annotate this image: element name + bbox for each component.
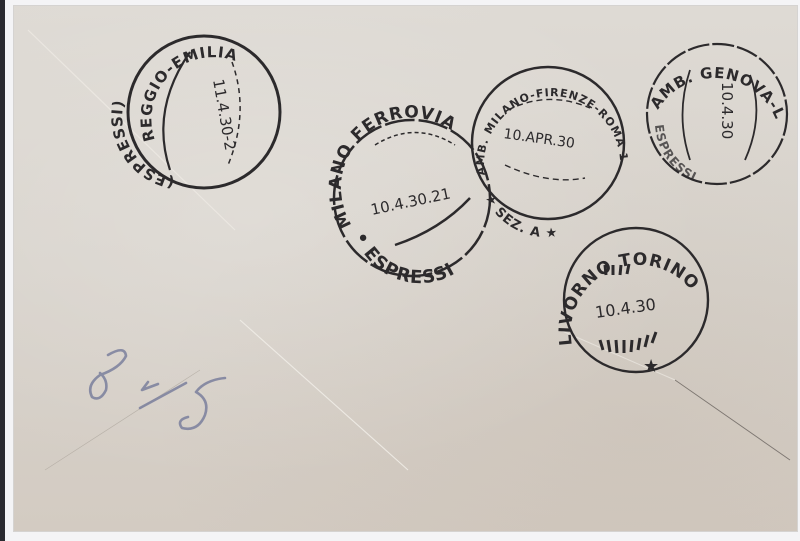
postmark-amb-genova: AMB. GENOVA-L ESPRESSI 10.4.30	[646, 44, 789, 184]
pencil-notation	[90, 350, 225, 429]
postmark-date: 10.4.30.21	[369, 184, 452, 218]
svg-text:• ESPRESSI: • ESPRESSI	[350, 229, 458, 288]
postmark-amb-milano-firenze-roma: AMB. MILANO-FIRENZE-ROMA 193 ★ SEZ. A ★ …	[0, 0, 630, 241]
postmark-date: 11.4.30-2	[209, 78, 239, 152]
postmark-top-text: AMB. GENOVA-L	[646, 64, 789, 122]
postmark-bottom-text: ★ SEZ. A ★	[481, 192, 559, 242]
svg-text:AMB. GENOVA-L: AMB. GENOVA-L	[646, 64, 789, 122]
envelope-markings: REGGIO-EMILIA (ESPRESSI) 11.4.30-2 MILAN…	[0, 0, 800, 541]
postmark-date: 10.APR.30	[502, 126, 575, 152]
postmark-milano-ferrovia: MILANO FERROVIA • ESPRESSI 10.4.30.21	[326, 103, 490, 289]
postmark-top-text: AMB. MILANO-FIRENZE-ROMA 193	[0, 0, 630, 176]
postmark-bottom-text: • ESPRESSI	[350, 229, 458, 288]
postmark-date: 10.4.30	[594, 295, 657, 322]
svg-text:★ SEZ. A ★: ★ SEZ. A ★	[481, 192, 559, 242]
postmark-livorno-torino: LIVORNO TORINO ★ 10.4.30	[556, 228, 708, 377]
svg-text:AMB. MILANO-FIRENZE-ROMA 193: AMB. MILANO-FIRENZE-ROMA 193	[0, 0, 630, 176]
postmark-star: ★	[643, 356, 660, 377]
postmark-date: 10.4.30	[718, 82, 736, 139]
postmark-reggio-emilia: REGGIO-EMILIA (ESPRESSI) 11.4.30-2	[108, 36, 280, 192]
